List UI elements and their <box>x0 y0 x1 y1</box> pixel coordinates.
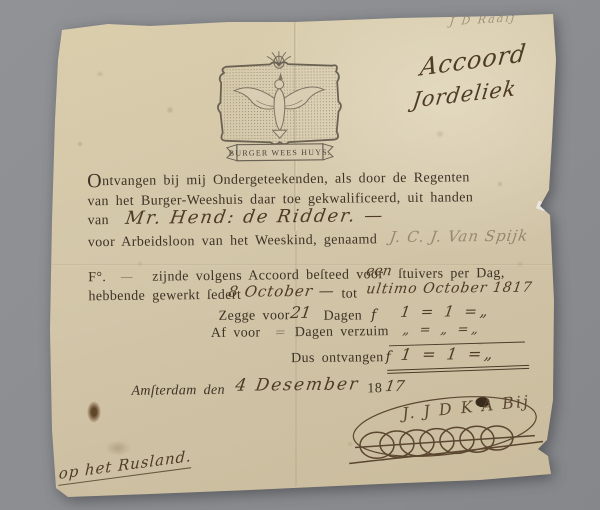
handwritten-end-date: ultimo October 1817 <box>365 280 534 298</box>
printed-line-1: Ontvangen bij mij Ondergeteekenden, als … <box>87 170 470 190</box>
handwritten-payer-name: Mr. Hend: de Ridder. — <box>124 205 386 229</box>
photo-backdrop: J D Raaij <box>0 0 600 510</box>
printed-line-3-label: van <box>88 213 110 229</box>
handwritten-orphan-name: J. C. J. Van Spijk <box>388 227 529 246</box>
handwritten-days-worked: 21 <box>289 303 312 322</box>
handwritten-stuivers: een <box>365 263 393 279</box>
document-content: J D Raaij <box>45 9 564 502</box>
banner-text: BURGER WEES HUYS. <box>229 148 331 158</box>
handwritten-folio-dash: — <box>119 270 134 285</box>
handwritten-day-month: 4 Desember <box>234 374 361 395</box>
printed-af-voor: Af voor <box>211 325 261 342</box>
signature-text: J. J D K A Bij <box>398 392 531 424</box>
handwritten-start-date: 8 October — <box>227 282 336 301</box>
printed-dagen: Dagen f <box>324 307 379 325</box>
printed-line-4: voor Arbeidsloon van het Weeskind, genaa… <box>88 232 378 251</box>
pencil-inscription: J D Raaij <box>449 11 517 28</box>
florin-sign: f <box>369 307 379 323</box>
paper-sheet: J D Raaij <box>48 12 562 500</box>
printed-verzuim: Dagen verzuim <box>295 324 389 341</box>
drop-cap: O <box>87 170 102 192</box>
line-1-text: ntvangen bij mij Ondergeteekenden, als d… <box>102 170 470 189</box>
printed-line-6b: tot <box>341 286 357 302</box>
printed-folio-label: F°. <box>88 270 106 286</box>
approval-name: Jordeliek <box>411 76 518 113</box>
printed-dus-ontvangen: Dus ontvangenf <box>291 349 393 367</box>
florin-sign-2: f <box>384 349 394 365</box>
printed-zegge-voor: Zegge voor <box>219 308 290 325</box>
banner-ribbon: BURGER WEES HUYS. <box>227 144 333 161</box>
bottom-left-note: op het Rusland. <box>58 447 192 486</box>
handwritten-days-missed: = <box>274 325 287 340</box>
printed-line-6: hebbende gewerkt ſedert <box>88 288 241 306</box>
handwritten-amount-worked: 1 = 1 =„ <box>399 302 492 321</box>
orphanage-emblem: BURGER WEES HUYS. <box>208 50 351 165</box>
handwritten-amount-missed: „ = „ =„ <box>402 322 483 338</box>
dus-ontvangen-label: Dus ontvangen <box>291 350 384 366</box>
handwritten-amount-received: 1 = 1 =„ <box>400 344 498 364</box>
dagen-label: Dagen <box>324 308 363 323</box>
signature-flourish: J. J D K A Bij <box>344 389 550 469</box>
printed-place-date: Amſterdam den <box>131 383 225 400</box>
approval-word: Accoord <box>419 39 528 82</box>
receipt-document: J D Raaij <box>48 12 562 500</box>
